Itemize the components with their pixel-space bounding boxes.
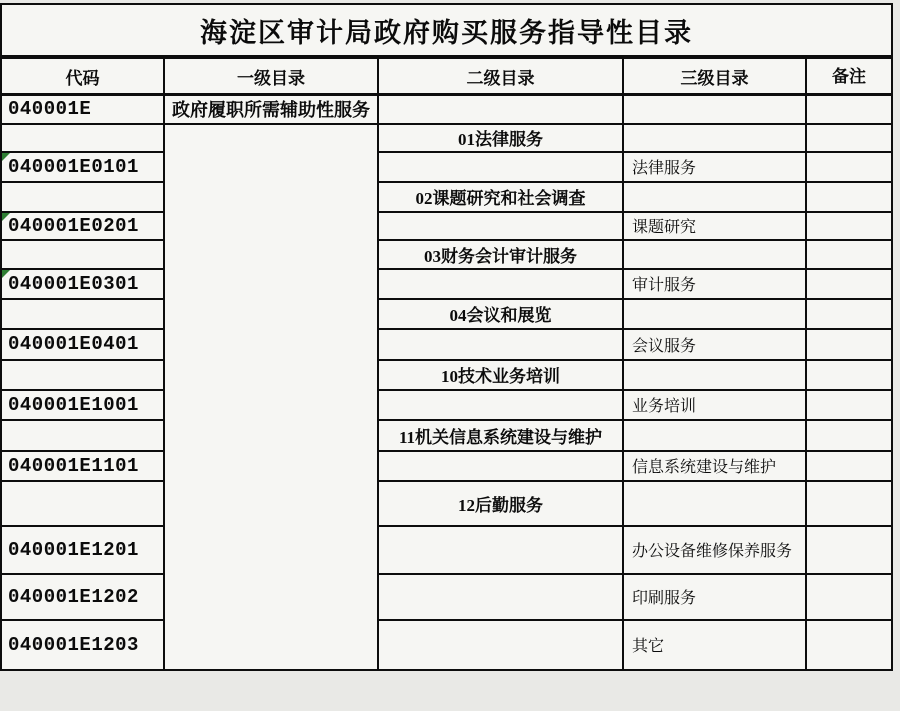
table-row: 12后勤服务 [1,481,892,526]
header-level1[interactable]: 一级目录 [164,57,378,95]
table-row: 040001E0301 审计服务 [1,269,892,299]
level2-cell[interactable] [378,152,623,182]
level1-merged-cell[interactable] [164,124,378,670]
level2-cell[interactable]: 04会议和展览 [378,299,623,329]
error-triangle-icon [2,213,10,221]
note-cell[interactable] [806,574,892,620]
note-cell[interactable] [806,212,892,240]
level2-cell[interactable]: 10技术业务培训 [378,360,623,390]
note-cell[interactable] [806,269,892,299]
note-cell[interactable] [806,329,892,360]
level2-cell[interactable]: 01法律服务 [378,124,623,152]
level3-cell[interactable]: 信息系统建设与维护 [623,451,806,481]
level2-cell[interactable] [378,329,623,360]
note-cell[interactable] [806,390,892,420]
note-cell[interactable] [806,240,892,269]
table-row: 040001E0201 课题研究 [1,212,892,240]
note-cell[interactable] [806,152,892,182]
code-cell[interactable]: 040001E1001 [1,390,164,420]
level3-cell[interactable] [623,182,806,212]
level3-cell[interactable]: 审计服务 [623,269,806,299]
code-cell[interactable]: 040001E1203 [1,620,164,670]
table-row: 040001E1203 其它 [1,620,892,670]
code-cell[interactable]: 040001E1101 [1,451,164,481]
code-cell[interactable] [1,299,164,329]
table-row: 040001E0101 法律服务 [1,152,892,182]
level3-cell[interactable] [623,299,806,329]
header-note[interactable]: 备注 [806,57,892,95]
note-cell[interactable] [806,95,892,124]
level2-cell[interactable]: 11机关信息系统建设与维护 [378,420,623,451]
table-row: 040001E1201 办公设备维修保养服务 [1,526,892,574]
code-cell[interactable] [1,481,164,526]
level3-cell[interactable]: 业务培训 [623,390,806,420]
table-row: 02课题研究和社会调查 [1,182,892,212]
level2-cell[interactable]: 12后勤服务 [378,481,623,526]
level2-cell[interactable]: 02课题研究和社会调查 [378,182,623,212]
table-row: 04会议和展览 [1,299,892,329]
code-cell[interactable]: 040001E0301 [1,269,164,299]
note-cell[interactable] [806,360,892,390]
note-cell[interactable] [806,299,892,329]
level3-cell[interactable] [623,124,806,152]
header-level2[interactable]: 二级目录 [378,57,623,95]
table-row: 040001E 政府履职所需辅助性服务 [1,95,892,124]
header-row: 代码 一级目录 二级目录 三级目录 备注 [1,57,892,95]
level3-cell[interactable]: 法律服务 [623,152,806,182]
level2-cell[interactable] [378,620,623,670]
level1-cell[interactable]: 政府履职所需辅助性服务 [164,95,378,124]
table-row: 01法律服务 [1,124,892,152]
table-row: 040001E0401 会议服务 [1,329,892,360]
note-cell[interactable] [806,124,892,152]
header-code[interactable]: 代码 [1,57,164,95]
code-cell[interactable]: 040001E [1,95,164,124]
code-cell[interactable] [1,420,164,451]
level2-cell[interactable] [378,526,623,574]
level2-cell[interactable] [378,212,623,240]
note-cell[interactable] [806,620,892,670]
code-cell[interactable]: 040001E1202 [1,574,164,620]
code-cell[interactable]: 040001E0101 [1,152,164,182]
level3-cell[interactable]: 印刷服务 [623,574,806,620]
error-triangle-icon [2,270,10,278]
code-cell[interactable]: 040001E0401 [1,329,164,360]
level3-cell[interactable] [623,481,806,526]
note-cell[interactable] [806,182,892,212]
table-row: 040001E1001 业务培训 [1,390,892,420]
note-cell[interactable] [806,420,892,451]
code-cell[interactable]: 040001E0201 [1,212,164,240]
note-cell[interactable] [806,451,892,481]
directory-table: 海淀区审计局政府购买服务指导性目录 代码 一级目录 二级目录 三级目录 备注 0… [0,3,893,671]
level2-cell[interactable]: 03财务会计审计服务 [378,240,623,269]
error-triangle-icon [2,153,10,161]
level3-cell[interactable] [623,360,806,390]
level3-cell[interactable] [623,95,806,124]
table-row: 040001E1101 信息系统建设与维护 [1,451,892,481]
code-cell[interactable] [1,360,164,390]
page-title[interactable]: 海淀区审计局政府购买服务指导性目录 [1,4,892,57]
code-cell[interactable] [1,124,164,152]
level3-cell[interactable]: 会议服务 [623,329,806,360]
level3-cell[interactable]: 办公设备维修保养服务 [623,526,806,574]
code-cell[interactable] [1,182,164,212]
code-cell[interactable] [1,240,164,269]
level3-cell[interactable] [623,240,806,269]
level3-cell[interactable]: 课题研究 [623,212,806,240]
table-row: 03财务会计审计服务 [1,240,892,269]
code-cell[interactable]: 040001E1201 [1,526,164,574]
table-row: 10技术业务培训 [1,360,892,390]
level2-cell[interactable] [378,390,623,420]
level2-cell[interactable] [378,95,623,124]
header-level3[interactable]: 三级目录 [623,57,806,95]
level2-cell[interactable] [378,269,623,299]
title-row: 海淀区审计局政府购买服务指导性目录 [1,4,892,57]
table-row: 040001E1202 印刷服务 [1,574,892,620]
table-row: 11机关信息系统建设与维护 [1,420,892,451]
note-cell[interactable] [806,526,892,574]
level3-cell[interactable]: 其它 [623,620,806,670]
note-cell[interactable] [806,481,892,526]
level2-cell[interactable] [378,451,623,481]
level2-cell[interactable] [378,574,623,620]
level3-cell[interactable] [623,420,806,451]
